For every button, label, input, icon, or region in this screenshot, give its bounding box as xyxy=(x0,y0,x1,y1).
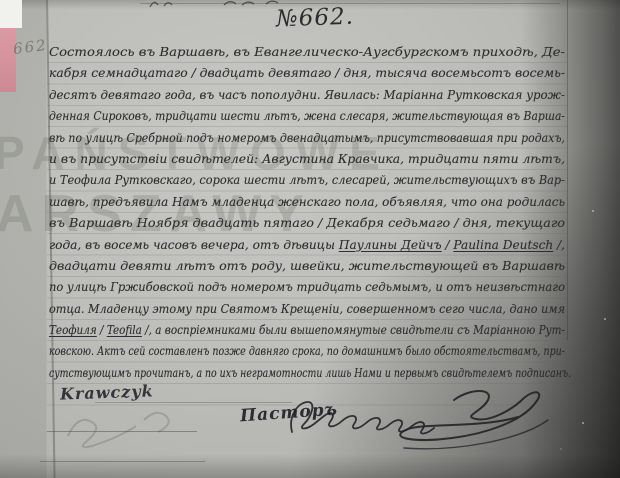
dust-speck xyxy=(560,448,562,450)
handwritten-line: отца. Младенцу этому при Святомъ Крещені… xyxy=(49,299,565,320)
dust-speck xyxy=(592,210,594,212)
handwritten-line: Теофиля / Teofila /, а воспріемниками бы… xyxy=(49,320,565,341)
register-scan-page: PAŃSTWOWE ARSZAWY 662 №662. Состоялось в… xyxy=(0,0,620,478)
corner-patch xyxy=(0,0,22,28)
pink-bookmark-tab xyxy=(0,28,16,92)
dust-speck xyxy=(582,422,584,424)
handwritten-line: и Теофила Рутковскаго, сорока шести лѣтъ… xyxy=(49,170,565,191)
pencil-scribble xyxy=(58,396,218,471)
handwritten-line: Состоялось въ Варшавѣ, въ Евангелическо-… xyxy=(49,42,565,63)
handwritten-line: и въ присутствіи свидѣтелей: Августина К… xyxy=(49,149,565,170)
dust-speck xyxy=(604,318,606,320)
margin-record-number: 662 xyxy=(12,36,49,58)
handwritten-line: сутствующимъ прочитанъ, а по ихъ неграмо… xyxy=(49,363,571,384)
record-number-heading: №662. xyxy=(276,4,355,33)
handwritten-line: ковскою. Актъ сей составленъ позже давня… xyxy=(49,341,565,362)
handwritten-line: кабря семнадцатаго / двадцать девятаго /… xyxy=(49,63,565,84)
handwritten-line: двадцати девяти лѣтъ отъ роду, швейки, ж… xyxy=(49,256,565,277)
handwritten-line: въ Варшавѣ Ноября двадцать пятаго / Дека… xyxy=(49,213,565,234)
handwritten-line: вѣ по улицѣ Сребрной подъ номеромъ двена… xyxy=(49,128,565,149)
pastor-signature-flourish xyxy=(286,386,554,464)
handwritten-line: по улицѣ Гржибовской подъ номеромъ тридц… xyxy=(49,277,565,298)
handwritten-line: шавѣ, предъявила Намъ младенца женскаго … xyxy=(49,192,565,213)
record-body-text: Состоялось въ Варшавѣ, въ Евангелическо-… xyxy=(49,42,567,384)
handwritten-line: года, въ восемь часовъ вечера, отъ дѣвиц… xyxy=(49,235,565,256)
right-margin-rule xyxy=(567,0,568,340)
handwritten-line: денная Сироковъ, тридцати шести лѣтъ, же… xyxy=(49,106,565,127)
handwritten-line: десятъ девятаго года, въ часъ пополудни.… xyxy=(49,85,565,106)
